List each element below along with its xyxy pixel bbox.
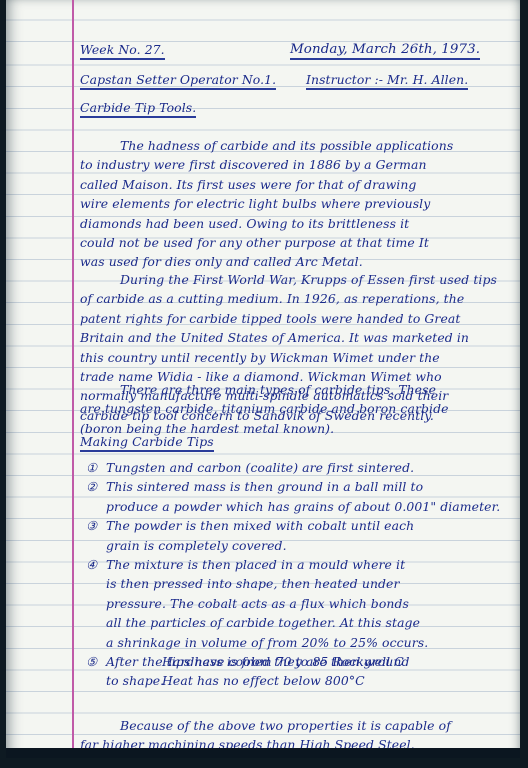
step-line: grain is completely covered. (86, 536, 516, 555)
step-text: a shrinkage in volume of from 20% to 25%… (106, 635, 428, 650)
text-line: Because of the above two properties it i… (80, 716, 516, 735)
step-text: is then pressed into shape, then heated … (106, 576, 400, 591)
notebook-page: Week No. 27. Monday, March 26th, 1973. C… (6, 0, 520, 758)
text-line: wire elements for electric light bulbs w… (80, 194, 516, 213)
step-number-icon: ① (86, 458, 106, 477)
text-line: called Maison. Its first uses were for t… (80, 175, 516, 194)
step-text: grain is completely covered. (106, 538, 287, 553)
step-line: all the particles of carbide together. A… (86, 613, 516, 632)
step-line: produce a powder which has grains of abo… (86, 497, 516, 516)
text-line: to industry were first discovered in 188… (80, 155, 516, 174)
step-line: is then pressed into shape, then heated … (86, 574, 516, 593)
making-heading: Making Carbide Tips (80, 434, 214, 449)
intro-paragraph-1: The hadness of carbide and its possible … (80, 136, 516, 272)
step-line: ④The mixture is then placed in a mould w… (86, 555, 516, 574)
step-line: ①Tungsten and carbon (coalite) are first… (86, 458, 516, 477)
step-line: pressure. The cobalt acts as a flux whic… (86, 594, 516, 613)
text-line: this country until recently by Wickman W… (80, 348, 516, 367)
property-line: Hardness is from 70 to 85 Rockwell C (86, 652, 516, 671)
text-line: patent rights for carbide tipped tools w… (80, 309, 516, 328)
step-text: Tungsten and carbon (coalite) are first … (106, 460, 414, 475)
week-number: Week No. 27. (80, 42, 165, 57)
step-number-icon: ③ (86, 516, 106, 535)
text-line: of carbide as a cutting medium. In 1926,… (80, 289, 516, 308)
intro-paragraph-3: There are three main types of carbide ti… (80, 380, 516, 438)
margin-line (72, 0, 74, 758)
instructor-label: Instructor :- Mr. H. Allen. (306, 72, 468, 87)
page-bottom-edge (6, 748, 520, 758)
text-line: During the First World War, Krupps of Es… (80, 270, 516, 289)
step-line: a shrinkage in volume of from 20% to 25%… (86, 633, 516, 652)
step-text: produce a powder which has grains of abo… (106, 499, 500, 514)
text-line: There are three main types of carbide ti… (80, 380, 516, 399)
step-text: The mixture is then placed in a mould wh… (106, 557, 405, 572)
date-label: Monday, March 26th, 1973. (290, 42, 480, 57)
step-text: pressure. The cobalt acts as a flux whic… (106, 596, 409, 611)
step-text: The powder is then mixed with cobalt unt… (106, 518, 414, 533)
topic-heading: Carbide Tip Tools. (80, 100, 196, 115)
text-line: The hadness of carbide and its possible … (80, 136, 516, 155)
text-line: could not be used for any other purpose … (80, 233, 516, 252)
step-text: This sintered mass is then ground in a b… (106, 479, 423, 494)
step-number-icon: ② (86, 477, 106, 496)
course-title: Capstan Setter Operator No.1. (80, 72, 276, 87)
step-text: all the particles of carbide together. A… (106, 615, 420, 630)
step-line: ②This sintered mass is then ground in a … (86, 477, 516, 496)
step-number-icon: ④ (86, 555, 106, 574)
text-line: diamonds had been used. Owing to its bri… (80, 214, 516, 233)
text-line: Britain and the United States of America… (80, 328, 516, 347)
text-line: are tungsten carbide, titanium carbide a… (80, 399, 516, 418)
properties-list: Hardness is from 70 to 85 Rockwell CHeat… (86, 652, 516, 691)
step-line: ③The powder is then mixed with cobalt un… (86, 516, 516, 535)
text-line: was used for dies only and called Arc Me… (80, 252, 516, 271)
property-line: Heat has no effect below 800°C (86, 671, 516, 690)
